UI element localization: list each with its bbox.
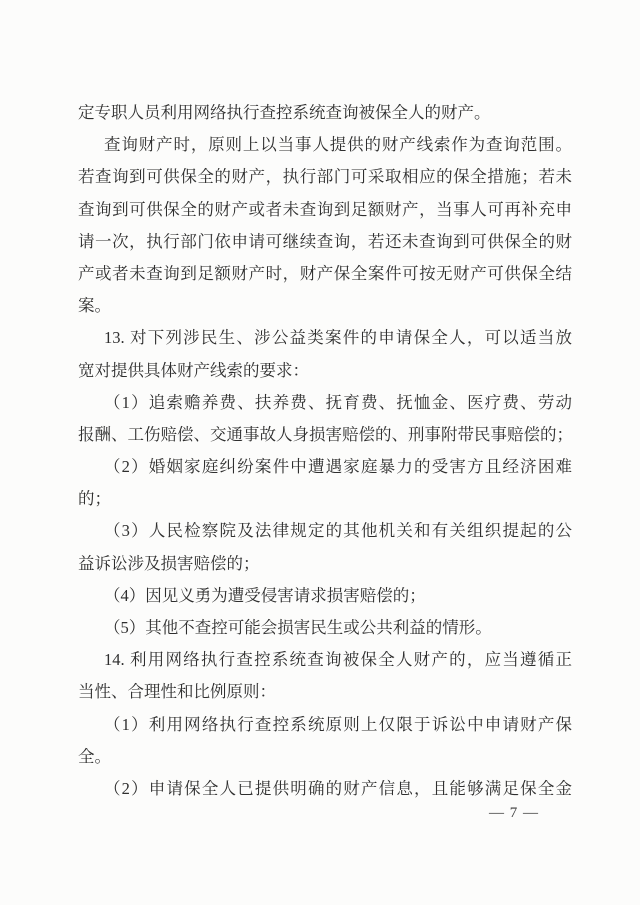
document-line: 的； bbox=[78, 483, 572, 515]
document-body: 定专职人员利用网络执行查控系统查询被保全人的财产。 查询财产时，原则上以当事人提… bbox=[78, 97, 572, 805]
document-line: 13. 对下列涉民生、涉公益类案件的申请保全人，可以适当放 bbox=[78, 322, 572, 354]
document-line: 14. 利用网络执行查控系统查询被保全人财产的，应当遵循正 bbox=[78, 644, 572, 676]
document-line: 请一次，执行部门依申请可继续查询，若还未查询到可供保全的财 bbox=[78, 226, 572, 258]
document-line: 若查询到可供保全的财产，执行部门可采取相应的保全措施；若未 bbox=[78, 161, 572, 193]
document-line: （5）其他不查控可能会损害民生或公共利益的情形。 bbox=[78, 612, 572, 644]
document-page: 定专职人员利用网络执行查控系统查询被保全人的财产。 查询财产时，原则上以当事人提… bbox=[0, 0, 640, 905]
page-number: — 7 — bbox=[478, 805, 550, 822]
document-line: 定专职人员利用网络执行查控系统查询被保全人的财产。 bbox=[78, 97, 572, 129]
document-line: （2）婚姻家庭纠纷案件中遭遇家庭暴力的受害方且经济困难 bbox=[78, 451, 572, 483]
document-line: 查询财产时，原则上以当事人提供的财产线索作为查询范围。 bbox=[78, 129, 572, 161]
document-line: 报酬、工伤赔偿、交通事故人身损害赔偿的、刑事附带民事赔偿的； bbox=[78, 419, 572, 451]
document-line: 益诉讼涉及损害赔偿的； bbox=[78, 548, 572, 580]
document-line: 宽对提供具体财产线索的要求： bbox=[78, 355, 572, 387]
document-line: 全。 bbox=[78, 741, 572, 773]
document-line: （1）利用网络执行查控系统原则上仅限于诉讼中申请财产保 bbox=[78, 709, 572, 741]
document-line: 案。 bbox=[78, 290, 572, 322]
document-line: （4）因见义勇为遭受侵害请求损害赔偿的； bbox=[78, 580, 572, 612]
document-line: 当性、合理性和比例原则： bbox=[78, 676, 572, 708]
document-line: 查询到可供保全的财产或者未查询到足额财产，当事人可再补充申 bbox=[78, 194, 572, 226]
document-line: （2）申请保全人已提供明确的财产信息，且能够满足保全金 bbox=[78, 773, 572, 805]
document-line: （3）人民检察院及法律规定的其他机关和有关组织提起的公 bbox=[78, 515, 572, 547]
document-line: （1）追索赡养费、扶养费、抚育费、抚恤金、医疗费、劳动 bbox=[78, 387, 572, 419]
document-line: 产或者未查询到足额财产时，财产保全案件可按无财产可供保全结 bbox=[78, 258, 572, 290]
